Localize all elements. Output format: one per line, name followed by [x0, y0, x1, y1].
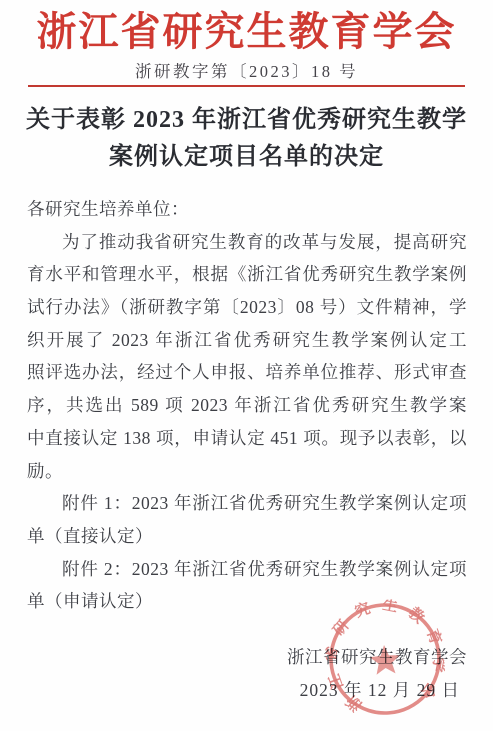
org-title: 浙江省研究生教育学会	[0, 8, 493, 56]
salutation: 各研究生培养单位：	[27, 193, 467, 226]
signature-date: 2023 年 12 月 29 日	[0, 674, 467, 707]
body-line: 照评选办法，经过个人申报、培养单位推荐、形式审查等程	[27, 356, 467, 389]
attachment-1-line: 附件 1：2023 年浙江省优秀研究生教学案例认定项目名	[27, 487, 467, 520]
document-title-line-2: 案例认定项目名单的决定	[0, 139, 493, 176]
red-rule-divider	[28, 85, 465, 87]
body-line: 试行办法》（浙研教字第〔2023〕08 号）文件精神，学会组	[27, 291, 467, 324]
document-title-line-1: 关于表彰 2023 年浙江省优秀研究生教学	[0, 102, 493, 139]
document-page: 浙江省研究生教育学会 浙研教字第〔2023〕18 号 关于表彰 2023 年浙江…	[0, 0, 493, 731]
body-line: 织开展了 2023 年浙江省优秀研究生教学案例认定工作。按	[27, 324, 467, 357]
signature-block: 浙江省研究生教育学会 2023 年 12 月 29 日	[0, 641, 493, 707]
signature-org: 浙江省研究生教育学会	[0, 641, 467, 674]
attachment-1-line: 单（直接认定）	[27, 520, 467, 553]
attachment-2-line: 单（申请认定）	[27, 585, 467, 618]
document-body: 各研究生培养单位： 为了推动我省研究生教育的改革与发展，提高研究生教 育水平和管…	[0, 193, 493, 618]
body-line: 中直接认定 138 项，申请认定 451 项。现予以表彰，以资鼓	[27, 422, 467, 455]
body-line: 为了推动我省研究生教育的改革与发展，提高研究生教	[27, 226, 467, 259]
body-line: 励。	[27, 455, 467, 488]
body-line: 育水平和管理水平，根据《浙江省优秀研究生教学案例认定	[27, 258, 467, 291]
document-title: 关于表彰 2023 年浙江省优秀研究生教学 案例认定项目名单的决定	[0, 102, 493, 176]
body-line: 序，共选出 589 项 2023 年浙江省优秀研究生教学案例，其	[27, 389, 467, 422]
doc-number: 浙研教字第〔2023〕18 号	[0, 62, 493, 82]
attachment-2-line: 附件 2：2023 年浙江省优秀研究生教学案例认定项目名	[27, 553, 467, 586]
